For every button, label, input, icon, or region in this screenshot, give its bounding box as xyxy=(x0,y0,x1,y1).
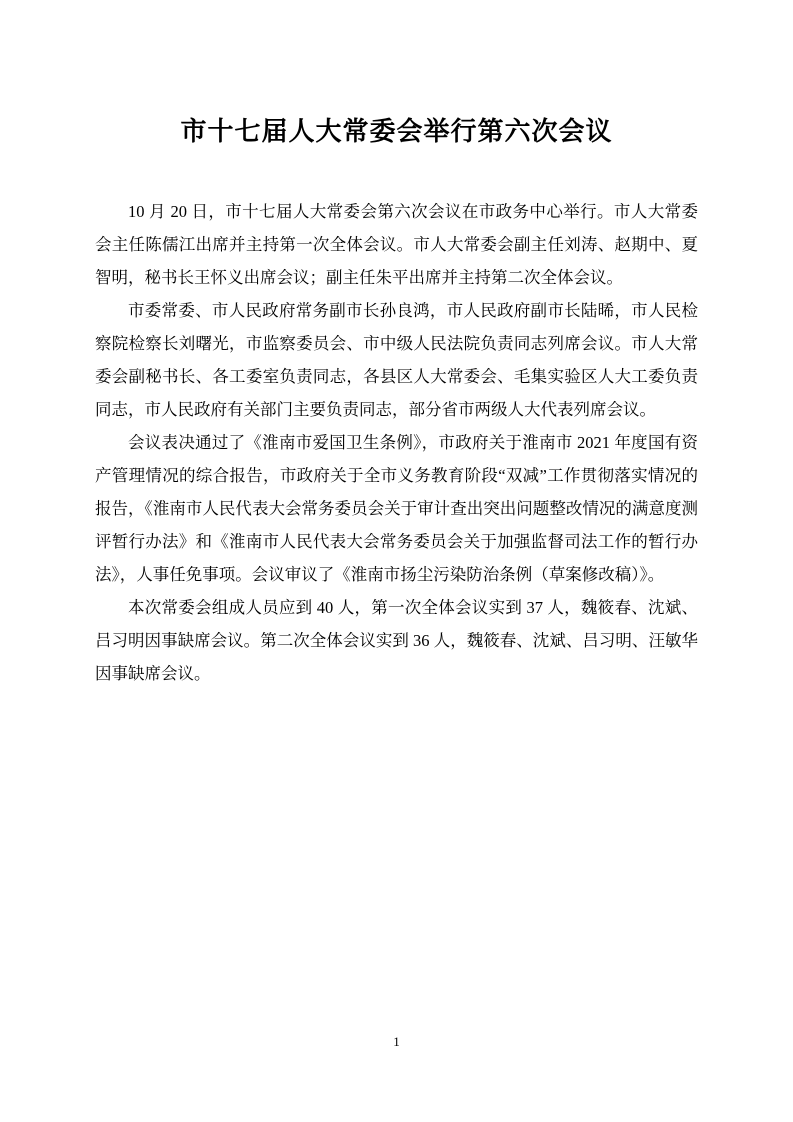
page-number: 1 xyxy=(0,1034,793,1050)
document-body: 10 月 20 日，市十七届人大常委会第六次会议在市政务中心举行。市人大常委会主… xyxy=(95,195,698,690)
paragraph-resolutions: 会议表决通过了《淮南市爱国卫生条例》，市政府关于淮南市 2021 年度国有资产管… xyxy=(95,426,698,591)
paragraph-attendance-leaders: 10 月 20 日，市十七届人大常委会第六次会议在市政务中心举行。市人大常委会主… xyxy=(95,195,698,294)
document-title: 市十七届人大常委会举行第六次会议 xyxy=(95,0,698,146)
paragraph-headcount: 本次常委会组成人员应到 40 人，第一次全体会议实到 37 人，魏筱春、沈斌、吕… xyxy=(95,591,698,690)
paragraph-observers: 市委常委、市人民政府常务副市长孙良鸿，市人民政府副市长陆晞，市人民检察院检察长刘… xyxy=(95,294,698,426)
document-page: 市十七届人大常委会举行第六次会议 10 月 20 日，市十七届人大常委会第六次会… xyxy=(0,0,793,1122)
